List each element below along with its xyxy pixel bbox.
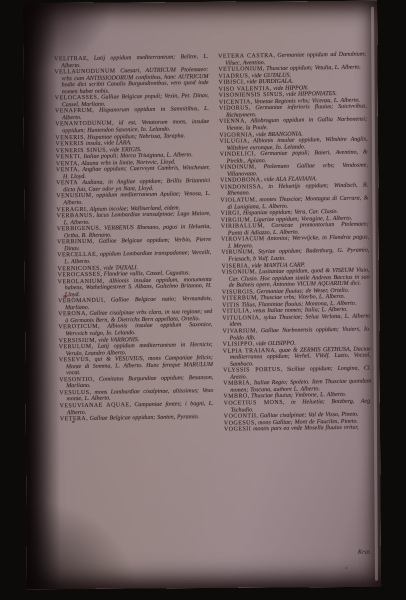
entry-headword: VEROTICUM [58, 324, 98, 331]
entry-headword: VINDINUM [220, 165, 255, 172]
entry-headword: VLISIPPO [223, 341, 253, 347]
entry-headword: VIVARIUM [222, 328, 256, 335]
column-left: VELITRAE, Latij oppidum mediterraneum; B… [54, 54, 214, 423]
entry-headword: VERONA [58, 311, 86, 317]
entry-headword: VENUSIUM [56, 193, 91, 200]
gazetteer-entry: VISONIUM, Lusitaniae oppidum, quod & VIS… [221, 268, 369, 290]
catchword: Krat. [358, 549, 372, 556]
entry-headword: VIENNA [219, 119, 245, 125]
entry-headword: VMBRIA [223, 381, 250, 387]
entry-headword: VETERA [60, 416, 86, 422]
entry-headword: VIRGI [221, 211, 240, 217]
entry-headword: VERBANUS [57, 213, 93, 220]
entry-headword: VISERIA [221, 263, 248, 269]
entry-headword: VENERIS [55, 141, 84, 147]
entry-headword: VINDELICI [220, 151, 254, 158]
entry-headword: VENERIS [55, 135, 84, 141]
entry-headword: VENAFRUM [55, 108, 92, 115]
entry-text: , Hispaniae oppidum; Nebrissa, Tarapha. [84, 133, 185, 141]
entry-headword: VIDORUS [219, 106, 249, 112]
entry-headword: VLYSSIS PORTUS [223, 367, 281, 374]
entry-headword: VERBINUM [57, 239, 93, 246]
gazetteer-entry: VESEVUS, qui & VESUVIUS, mons Campaniae … [59, 355, 213, 377]
gazetteer-entry: VEROLANIUM, Albionis insulae oppidum, mo… [58, 277, 212, 299]
entry-headword: VMBRO [223, 394, 247, 400]
entry-headword: VITERBUM [222, 295, 257, 302]
entry-headword: VITULIA [222, 309, 250, 315]
gazetteer-entry: VOGESII montis pars ea vnde Mosella fluu… [224, 425, 372, 434]
entry-headword: VESUVIANAE AQUAE [60, 402, 130, 409]
gazetteer-entry: VLPIA TRAIANA, quae & ZERMIS GETHUSA, Da… [223, 346, 371, 368]
entry-text: , Galliae Belgicae oppidum; Santen, Pyra… [86, 414, 199, 422]
entry-headword: VERCELLAE [57, 252, 96, 259]
gazetteer-entry: VELLAUNODUNUM Caesari, AUTRICUM Ptolemae… [54, 67, 208, 96]
gazetteer-entry: VETERA, Galliae Belgicae oppidum; Santen… [60, 414, 214, 423]
gazetteer-text-block: VELITRAE, Latij oppidum mediterraneum; B… [54, 51, 374, 566]
entry-headword: VENTA [56, 167, 78, 173]
entry-headword: VOCONTII [224, 413, 257, 420]
entry-headword: VELITRAE [54, 56, 87, 63]
entry-headword: VERULUM [59, 344, 92, 351]
column-right: VETERA CASTRA, Germaniae oppidum ad Danu… [218, 51, 372, 433]
entry-headword: VIROVIACUM [221, 236, 265, 243]
entry-headword: VIRUNUM [221, 250, 253, 256]
entry-headword: VESEVUS [59, 357, 89, 363]
entry-headword: VILUGIA [219, 138, 247, 144]
entry-headword: VEROMANDUI [58, 298, 104, 305]
book-page: VELITRAE, Latij oppidum mediterraneum; B… [23, 1, 381, 589]
entry-headword: VIOLATUM [220, 197, 255, 204]
paper-speck [345, 567, 348, 569]
entry-headword: VINDOBONA [220, 178, 260, 185]
entry-headword: VENETI [56, 154, 80, 160]
entry-headword: VIBISCI [219, 80, 244, 86]
entry-headword: VENTA [56, 180, 78, 186]
entry-text: , qui & VESUVIUS, mons Campaniae felicis… [66, 355, 213, 376]
entry-headword: VOCETIUS MONS [224, 400, 283, 407]
entry-text: , Thusciae oppidum; Vetulia, L. Alberto. [263, 65, 361, 73]
entry-headword: VOGESII [224, 427, 251, 433]
entry-text: montis pars ea vnde Mosella fluuius orit… [251, 425, 359, 433]
entry-headword: VISONIUM [221, 269, 255, 276]
book-photo: VELITRAE, Latij oppidum mediterraneum; B… [0, 0, 406, 600]
